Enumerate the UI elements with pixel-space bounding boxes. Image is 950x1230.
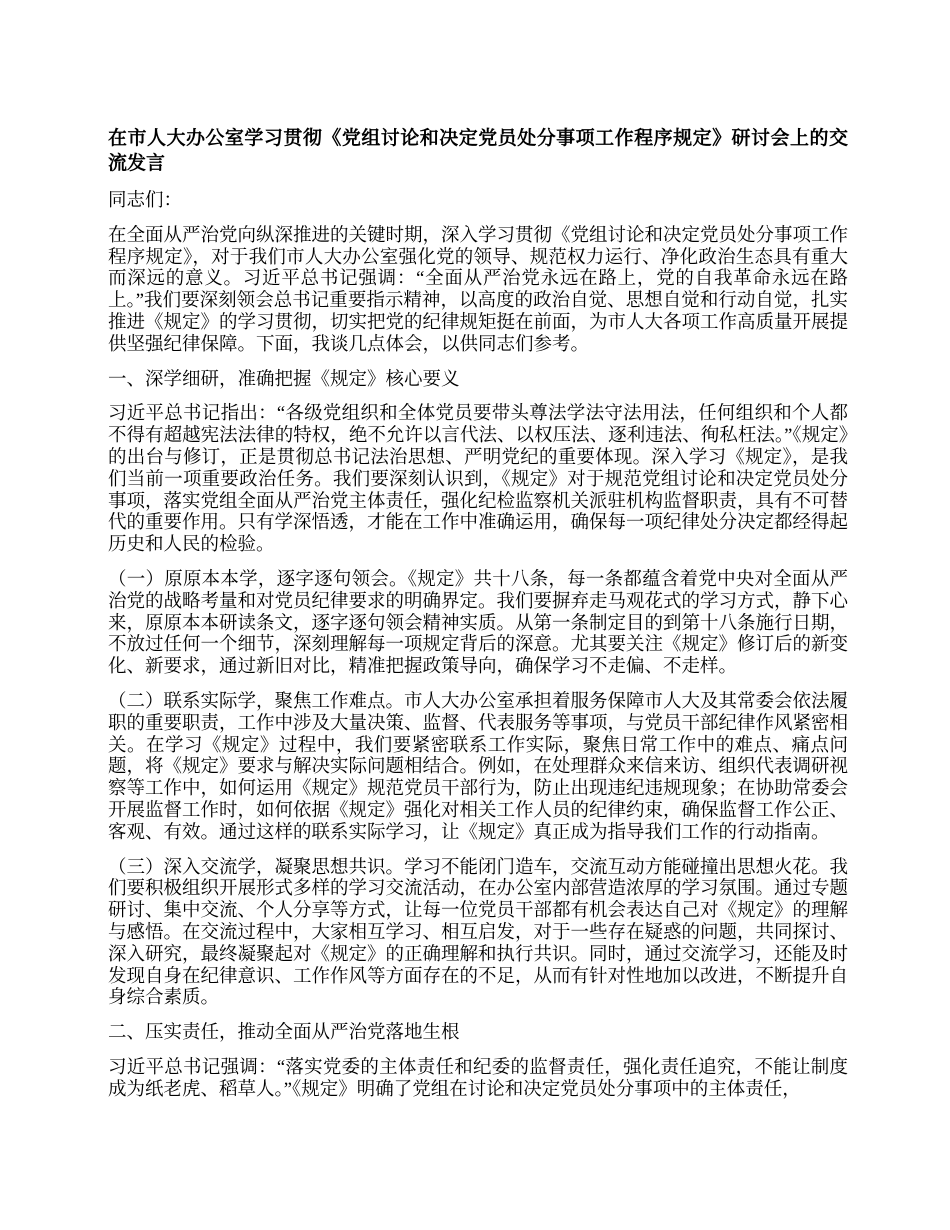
section-1-heading: 一、深学细研，准确把握《规定》核心要义 — [108, 370, 848, 392]
document-page: 在市人大办公室学习贯彻《党组讨论和决定党员处分事项工作程序规定》研讨会上的交流发… — [0, 0, 950, 1230]
intro-paragraph: 在全面从严治党向纵深推进的关键时期，深入学习贯彻《党组讨论和决定党员处分事项工作… — [108, 226, 848, 357]
document-title: 在市人大办公室学习贯彻《党组讨论和决定党员处分事项工作程序规定》研讨会上的交流发… — [108, 126, 848, 176]
section-2-heading: 二、压实责任，推动全面从严治党落地生根 — [108, 1023, 848, 1045]
section-1-paragraph-2: （一）原原本本学，逐字逐句领会。《规定》共十八条，每一条都蕴含着党中央对全面从严… — [108, 570, 848, 679]
section-1-paragraph-4: （三）深入交流学，凝聚思想共识。学习不能闭门造车，交流互动方能碰撞出思想火花。我… — [108, 858, 848, 1011]
section-1-paragraph-1: 习近平总书记指出：“各级党组织和全体党员要带头尊法学法守法用法，任何组织和个人都… — [108, 404, 848, 557]
section-1-paragraph-3: （二）联系实际学，聚焦工作难点。市人大办公室承担着服务保障市人大及其常委会依法履… — [108, 692, 848, 845]
salutation: 同志们： — [108, 191, 848, 213]
section-2-paragraph-1: 习近平总书记强调：“落实党委的主体责任和纪委的监督责任，强化责任追究，不能让制度… — [108, 1058, 848, 1102]
